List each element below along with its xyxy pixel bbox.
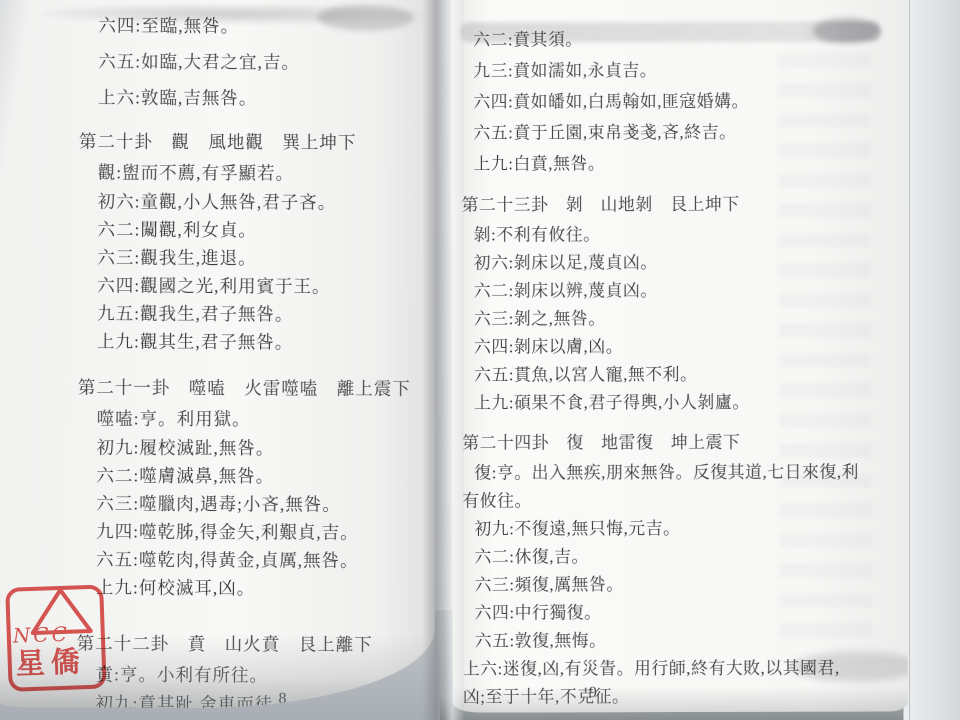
text-line: 初六:童觀,小人無咎,君子吝。 [79, 187, 437, 217]
text-line: 六五:敦復,無悔。 [463, 626, 908, 655]
text-line: 上六:敦臨,吉無咎。 [79, 79, 437, 117]
text-line: 六三:噬臘肉,遇毒;小吝,無咎。 [77, 489, 435, 519]
text-line: 六四:至臨,無咎。 [79, 7, 437, 45]
text-line: 六二:噬膚滅鼻,無咎。 [77, 461, 435, 491]
text-line: 上六:迷復,凶,有災眚。用行師,終有大敗,以其國君, [463, 654, 908, 683]
book-page-right: 六二:賁其須。九三:賁如濡如,永貞吉。六四:賁如皤如,白馬翰如,匪寇婚媾。六五:… [451, 0, 908, 713]
text-line: 九五:觀我生,君子無咎。 [78, 299, 436, 329]
text-line: 上九:何校滅耳,凶。 [77, 573, 435, 603]
text-line: 初九:賁其趾,舍車而徒。 [76, 689, 434, 709]
text-line: 有攸往。 [462, 486, 907, 515]
text-line: 六四:中行獨復。 [463, 598, 908, 627]
text-line: 初六:剝床以足,蔑貞凶。 [462, 248, 907, 277]
text-line: 六二:休復,吉。 [462, 542, 907, 571]
text-line: 上九:觀其生,君子無咎。 [78, 327, 436, 357]
page-number: 8 [278, 690, 286, 708]
text-line: 初九:履校滅趾,無咎。 [78, 433, 436, 463]
text-line: 噬嗑:亨。利用獄。 [78, 403, 436, 435]
hexagram-heading: 第二十四卦 復 地雷復 坤上震下 [462, 426, 907, 459]
text-line: 六五:噬乾肉,得黃金,貞厲,無咎。 [77, 545, 435, 575]
text-line: 復:亨。出入無疾,朋來無咎。反復其道,七日來復,利 [462, 458, 907, 487]
text-line: 上九:白賁,無咎。 [461, 147, 906, 179]
text-line: 六五:如臨,大君之宜,吉。 [79, 43, 437, 81]
stamp-ncc-text: NCC [12, 622, 70, 648]
hexagram-heading: 第二十一卦 噬嗑 火雷噬嗑 離上震下 [78, 371, 436, 405]
text-line: 六四:觀國之光,利用賓于王。 [78, 271, 436, 301]
text-line: 六二:闚觀,利女貞。 [78, 215, 436, 245]
text-line: 六二:賁其須。 [461, 23, 906, 55]
text-line: 凶;至于十年,不克征。 [463, 682, 908, 711]
page-text-column-right: 六二:賁其須。九三:賁如濡如,永貞吉。六四:賁如皤如,白馬翰如,匪寇婚媾。六五:… [451, 0, 908, 713]
text-line: 九四:噬乾胏,得金矢,利艱貞,吉。 [77, 517, 435, 547]
blank-line [78, 355, 436, 373]
hexagram-heading: 第二十卦 觀 風地觀 巽上坤下 [79, 125, 437, 159]
blank-line [77, 601, 435, 629]
text-line: 六四:剝床以膚,凶。 [462, 332, 907, 361]
text-line: 六五:貫魚,以宮人寵,無不利。 [462, 360, 907, 389]
text-line: 六四:賁如皤如,白馬翰如,匪寇婚媾。 [461, 85, 906, 117]
stamp-brand-text: 星僑 [15, 643, 136, 681]
text-line: 六二:剝床以辨,蔑貞凶。 [462, 276, 907, 305]
text-line: 六三:剝之,無咎。 [462, 304, 907, 333]
text-line: 剝:不利有攸往。 [462, 220, 907, 249]
text-line: 六五:賁于丘園,束帛戔戔,吝,終吉。 [461, 116, 906, 148]
publisher-stamp: NCC 星僑 [0, 580, 122, 700]
text-line: 六三:觀我生,進退。 [78, 243, 436, 273]
text-line: 初九:不復遠,無只悔,元吉。 [462, 514, 907, 543]
hexagram-heading: 第二十三卦 剝 山地剝 艮上坤下 [462, 188, 907, 221]
text-line: 九三:賁如濡如,永貞吉。 [461, 54, 906, 86]
page-number: 9 [589, 684, 597, 702]
text-line: 觀:盥而不薦,有孚顯若。 [79, 157, 437, 189]
text-line: 六三:頻復,厲無咎。 [463, 570, 908, 599]
text-line: 上九:碩果不食,君子得輿,小人剝廬。 [462, 388, 907, 417]
page-stack-edge [903, 0, 960, 720]
